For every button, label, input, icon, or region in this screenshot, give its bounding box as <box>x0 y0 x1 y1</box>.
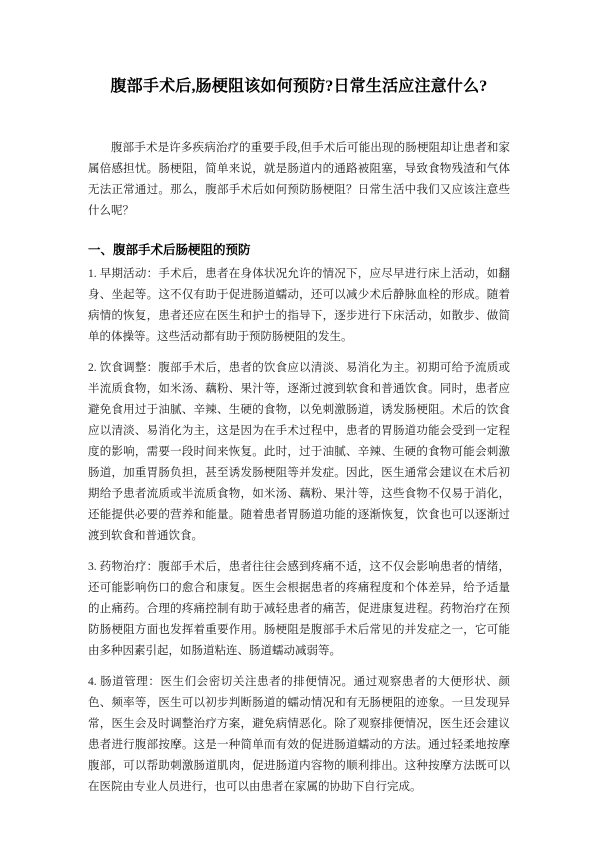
intro-paragraph: 腹部手术是许多疾病治疗的重要手段,但手术后可能出现的肠梗阻却让患者和家属倍感担忧… <box>88 138 510 222</box>
section-heading-prevention: 一、腹部手术后肠梗阻的预防 <box>88 240 510 261</box>
page-title: 腹部手术后,肠梗阻该如何预防?日常生活应注意什么? <box>88 76 510 98</box>
paragraph-bowel-management: 4. 肠道管理：医生们会密切关注患者的排便情况。通过观察患者的大便形状、颜色、频… <box>88 672 510 798</box>
document-page: 腹部手术后,肠梗阻该如何预防?日常生活应注意什么? 腹部手术是许多疾病治疗的重要… <box>0 0 595 841</box>
paragraph-medication: 3. 药物治疗：腹部手术后，患者往往会感到疼痛不适，这不仅会影响患者的情绪，还可… <box>88 557 510 662</box>
paragraph-early-activity: 1. 早期活动：手术后，患者在身体状况允许的情况下，应尽早进行床上活动，如翻身、… <box>88 264 510 348</box>
paragraph-diet-adjustment: 2. 饮食调整：腹部手术后，患者的饮食应以清淡、易消化为主。初期可给予流质或半流… <box>88 358 510 547</box>
